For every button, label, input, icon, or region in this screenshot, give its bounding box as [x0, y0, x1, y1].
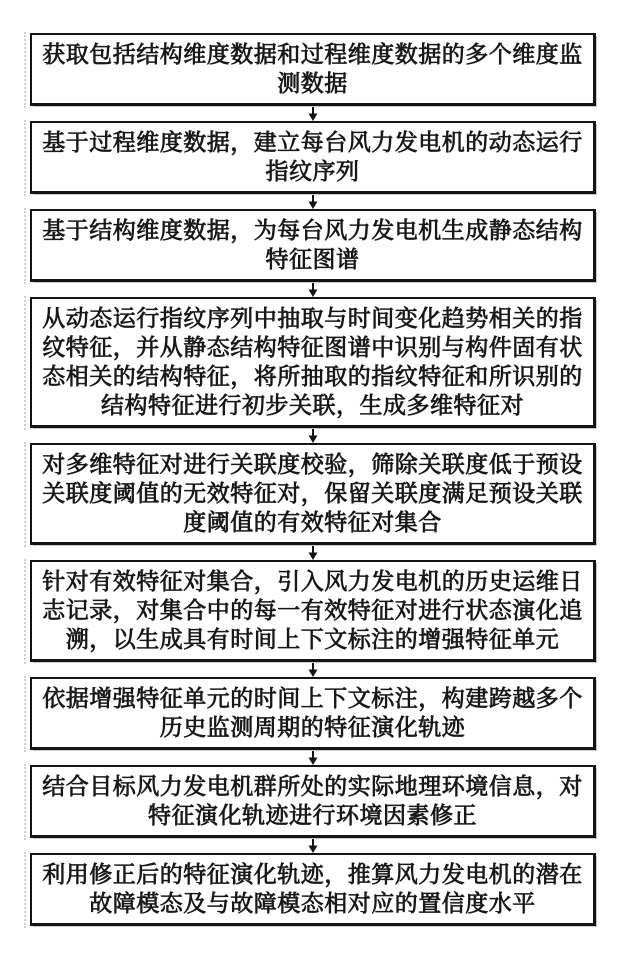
flow-step-3: 基于结构维度数据，为每台风力发电机生成静态结构 特征图谱: [30, 209, 596, 282]
down-arrow-icon: [30, 428, 596, 443]
down-arrow-icon: [30, 838, 596, 853]
flow-step-8: 结合目标风力发电机群所处的实际地理环境信息，对 特征演化轨迹进行环境因素修正: [30, 765, 596, 838]
flow-step-7: 依据增强特征单元的时间上下文标注，构建跨越多个 历史监测周期的特征演化轨迹: [30, 677, 596, 750]
down-arrow-icon: [30, 545, 596, 560]
down-arrow-icon: [30, 282, 596, 297]
flow-step-4: 从动态运行指纹序列中抽取与时间变化趋势相关的指 纹特征，并从静态结构特征图谱中识…: [30, 297, 596, 428]
flow-step-5: 对多维特征对进行关联度校验，筛除关联度低于预设 关联度阈值的无效特征对，保留关联…: [30, 443, 596, 545]
flow-step-2: 基于过程维度数据，建立每台风力发电机的动态运行 指纹序列: [30, 121, 596, 194]
flowchart: 获取包括结构维度数据和过程维度数据的多个维度监 测数据 基于过程维度数据，建立每…: [30, 0, 596, 926]
flow-step-9: 利用修正后的特征演化轨迹，推算风力发电机的潜在 故障模态及与故障模态相对应的置信…: [30, 853, 596, 926]
flow-step-1: 获取包括结构维度数据和过程维度数据的多个维度监 测数据: [30, 33, 596, 106]
down-arrow-icon: [30, 662, 596, 677]
down-arrow-icon: [30, 194, 596, 209]
down-arrow-icon: [30, 750, 596, 765]
flow-step-6: 针对有效特征对集合，引入风力发电机的历史运维日 志记录，对集合中的每一有效特征对…: [30, 560, 596, 662]
down-arrow-icon: [30, 106, 596, 121]
